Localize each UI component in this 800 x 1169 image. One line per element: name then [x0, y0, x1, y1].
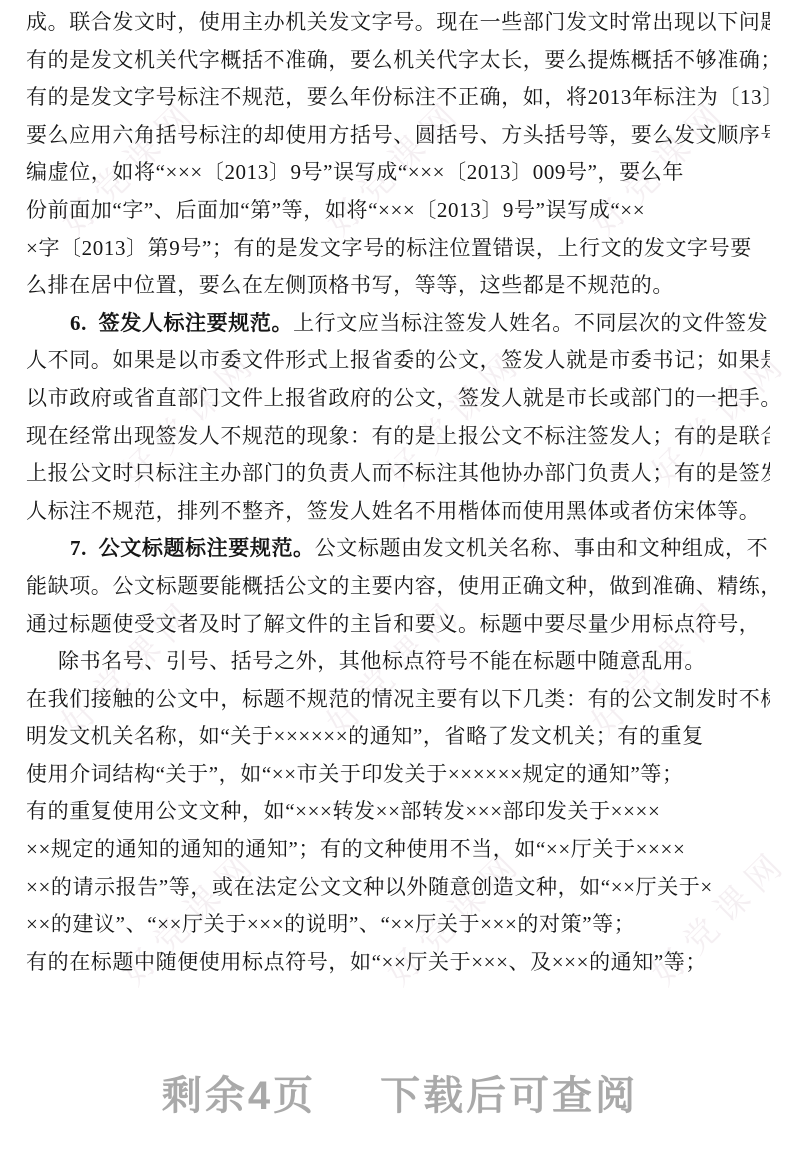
text-run: 通过标题使受文者及时了解文件的主旨和要义。标题中要尽量少用标点符号，: [26, 612, 760, 636]
text-line: 现在经常出现签发人不规范的现象：有的是上报公文不标注签发人；有的是联合: [26, 418, 770, 456]
text-line: 成。联合发文时，使用主办机关发文字号。现在一些部门发文时常出现以下问题：: [26, 4, 770, 42]
text-run: 公文标题由发文机关名称、事由和文种组成，不: [315, 536, 769, 560]
text-line: 要么应用六角括号标注的却使用方括号、圆括号、方头括号等，要么发文顺序号: [26, 117, 770, 155]
pages-remaining-text: 剩余4页: [162, 1064, 316, 1121]
text-line: ×字〔2013〕第9号”；有的是发文字号的标注位置错误，上行文的发文字号要: [26, 230, 770, 268]
text-run: 上行文应当标注签发人姓名。不同层次的文件签发: [293, 311, 768, 335]
text-line: 明发文机关名称，如“关于××××××的通知”，省略了发文机关；有的重复: [26, 718, 770, 756]
text-run: 编虚位，如将“×××〔2013〕9号”误写成“×××〔2013〕009号”，要么…: [26, 160, 684, 184]
text-run: 人不同。如果是以市委文件形式上报省委的公文，签发人就是市委书记；如果是: [26, 348, 770, 372]
text-line: ××的请示报告”等，或在法定公文文种以外随意创造文种，如“××厅关于×: [26, 869, 770, 907]
text-run: 有的重复使用公文文种，如“×××转发××部转发×××部印发关于××××: [26, 799, 660, 823]
text-run: 除书名号、引号、括号之外，其他标点符号不能在标题中随意乱用。: [58, 649, 706, 673]
text-line: 除书名号、引号、括号之外，其他标点符号不能在标题中随意乱用。: [26, 643, 770, 681]
text-run: 以市政府或省直部门文件上报省政府的公文，签发人就是市长或部门的一把手。: [26, 386, 770, 410]
text-run: 要么应用六角括号标注的却使用方括号、圆括号、方头括号等，要么发文顺序号: [26, 123, 770, 147]
text-run: 有的是发文字号标注不规范，要么年份标注不正确，如，将2013年标注为〔13〕，: [26, 85, 770, 109]
text-line: 么排在居中位置，要么在左侧顶格书写，等等，这些都是不规范的。: [26, 267, 770, 305]
document-page: 好党课网好党课网好党课网好党课网好党课网好党课网好党课网好党课网好党课网好党课网…: [0, 0, 800, 1169]
text-run: 么排在居中位置，要么在左侧顶格书写，等等，这些都是不规范的。: [26, 273, 674, 297]
text-line: 7. 公文标题标注要规范。公文标题由发文机关名称、事由和文种组成，不: [26, 530, 770, 568]
text-line: 通过标题使受文者及时了解文件的主旨和要义。标题中要尽量少用标点符号，: [26, 606, 770, 644]
text-line: 人不同。如果是以市委文件形式上报省委的公文，签发人就是市委书记；如果是: [26, 342, 770, 380]
text-run: ××规定的通知的通知的通知”；有的文种使用不当，如“××厅关于××××: [26, 837, 685, 861]
text-line: 上报公文时只标注主办部门的负责人而不标注其他协办部门负责人；有的是签发: [26, 455, 770, 493]
text-line: 6. 签发人标注要规范。上行文应当标注签发人姓名。不同层次的文件签发: [26, 305, 770, 343]
text-line: 有的是发文机关代字概括不准确，要么机关代字太长，要么提炼概括不够准确；: [26, 42, 770, 80]
text-line: 有的在标题中随便使用标点符号，如“××厅关于×××、及×××的通知”等；: [26, 944, 770, 982]
download-hint-text: 下载后可查阅: [380, 1064, 638, 1121]
text-run: 现在经常出现签发人不规范的现象：有的是上报公文不标注签发人；有的是联合: [26, 424, 770, 448]
text-line: ××规定的通知的通知的通知”；有的文种使用不当，如“××厅关于××××: [26, 831, 770, 869]
text-run: 在我们接触的公文中，标题不规范的情况主要有以下几类：有的公文制发时不标: [26, 687, 770, 711]
text-run: 有的是发文机关代字概括不准确，要么机关代字太长，要么提炼概括不够准确；: [26, 48, 770, 72]
text-line: 编虚位，如将“×××〔2013〕9号”误写成“×××〔2013〕009号”，要么…: [26, 154, 770, 192]
document-body: 成。联合发文时，使用主办机关发文字号。现在一些部门发文时常出现以下问题：有的是发…: [26, 4, 770, 981]
download-banner: 剩余4页 下载后可查阅: [0, 1062, 800, 1122]
text-run: ××的建议”、“××厅关于×××的说明”、“××厅关于×××的对策”等；: [26, 912, 635, 936]
text-run: ×字〔2013〕第9号”；有的是发文字号的标注位置错误，上行文的发文字号要: [26, 236, 752, 260]
text-run: ××的请示报告”等，或在法定公文文种以外随意创造文种，如“××厅关于×: [26, 875, 713, 899]
text-run: 成。联合发文时，使用主办机关发文字号。现在一些部门发文时常出现以下问题：: [26, 10, 770, 34]
text-run: 有的在标题中随便使用标点符号，如“××厅关于×××、及×××的通知”等；: [26, 950, 707, 974]
text-line: 能缺项。公文标题要能概括公文的主要内容，使用正确文种，做到准确、精练，: [26, 568, 770, 606]
text-run: 明发文机关名称，如“关于××××××的通知”，省略了发文机关；有的重复: [26, 724, 704, 748]
text-line: 份前面加“字”、后面加“第”等，如将“×××〔2013〕9号”误写成“××: [26, 192, 770, 230]
heading-run: 6. 签发人标注要规范。: [70, 311, 293, 335]
text-line: 使用介词结构“关于”，如“××市关于印发关于××××××规定的通知”等；: [26, 756, 770, 794]
text-run: 份前面加“字”、后面加“第”等，如将“×××〔2013〕9号”误写成“××: [26, 198, 645, 222]
text-line: 在我们接触的公文中，标题不规范的情况主要有以下几类：有的公文制发时不标: [26, 681, 770, 719]
text-line: 有的是发文字号标注不规范，要么年份标注不正确，如，将2013年标注为〔13〕，: [26, 79, 770, 117]
text-line: 有的重复使用公文文种，如“×××转发××部转发×××部印发关于××××: [26, 793, 770, 831]
text-run: 人标注不规范，排列不整齐，签发人姓名不用楷体而使用黑体或者仿宋体等。: [26, 499, 760, 523]
text-line: 人标注不规范，排列不整齐，签发人姓名不用楷体而使用黑体或者仿宋体等。: [26, 493, 770, 531]
heading-run: 7. 公文标题标注要规范。: [70, 536, 315, 560]
text-line: 以市政府或省直部门文件上报省政府的公文，签发人就是市长或部门的一把手。: [26, 380, 770, 418]
text-line: ××的建议”、“××厅关于×××的说明”、“××厅关于×××的对策”等；: [26, 906, 770, 944]
text-run: 使用介词结构“关于”，如“××市关于印发关于××××××规定的通知”等；: [26, 762, 684, 786]
text-run: 上报公文时只标注主办部门的负责人而不标注其他协办部门负责人；有的是签发: [26, 461, 770, 485]
text-run: 能缺项。公文标题要能概括公文的主要内容，使用正确文种，做到准确、精练，: [26, 574, 770, 598]
